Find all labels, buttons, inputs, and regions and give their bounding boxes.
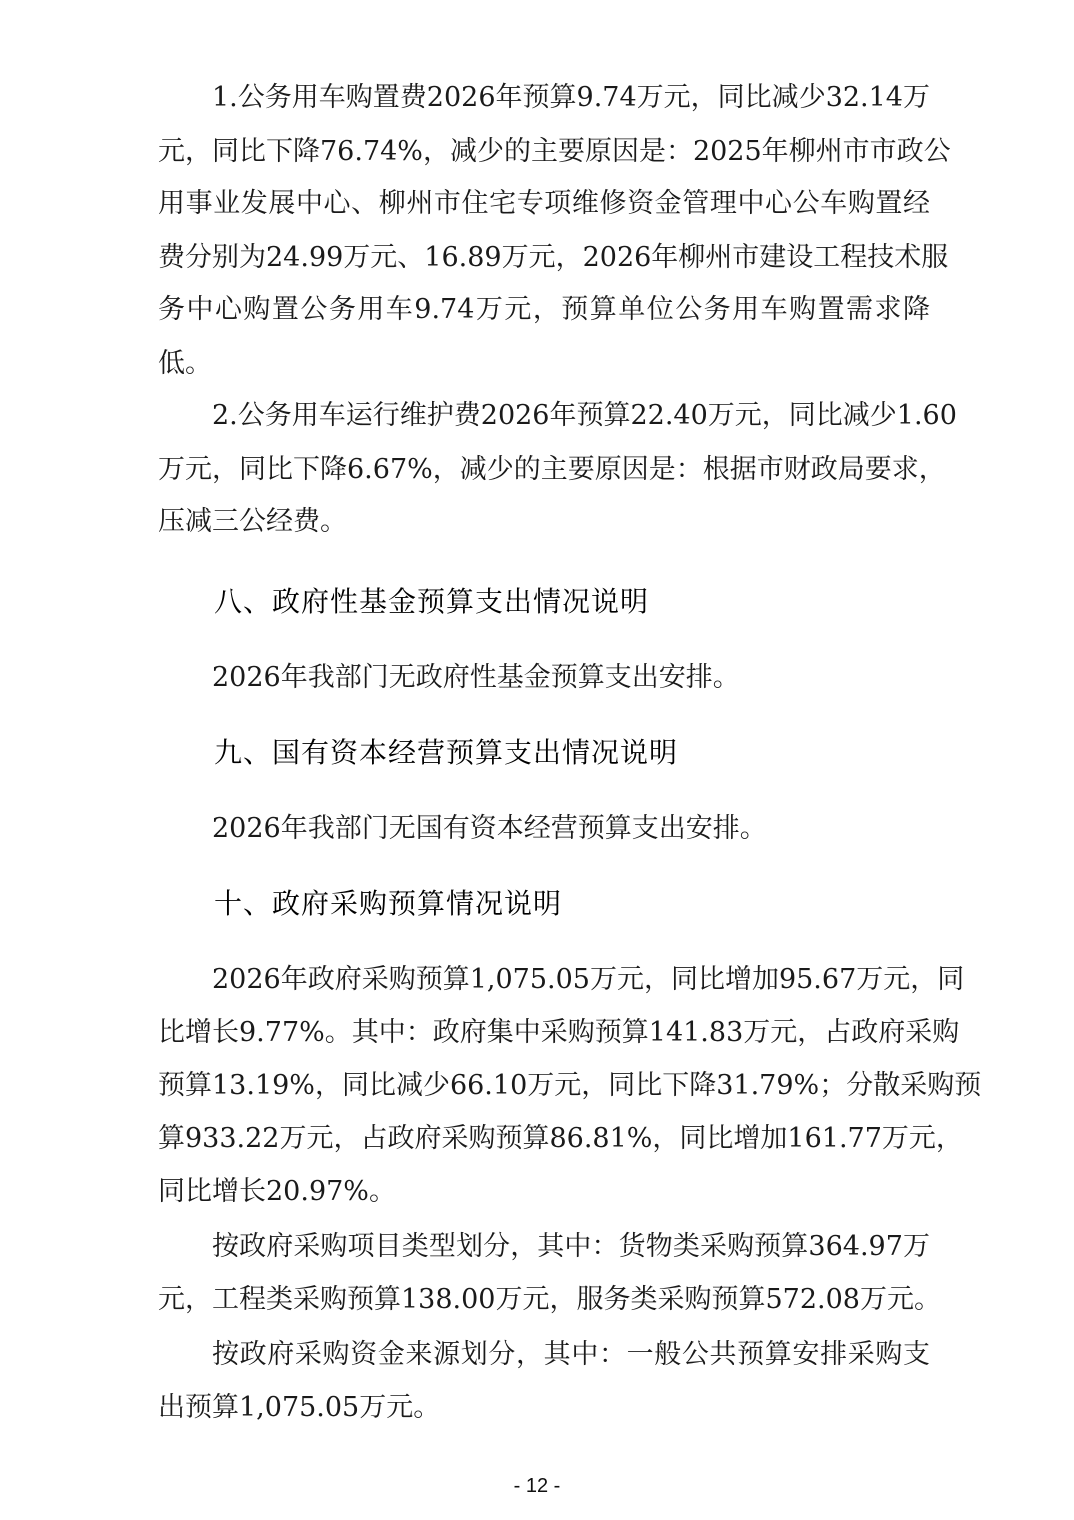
text-line: 费分别为24.99万元、16.89万元，2026年柳州市建设工程技术服	[158, 240, 930, 276]
text-line: 万元，同比下降6.67%，减少的主要原因是：根据市财政局要求，	[158, 452, 930, 488]
text-line: 低。	[158, 346, 930, 382]
text-line: 算933.22万元，占政府采购预算86.81%，同比增加161.77万元，	[158, 1121, 930, 1157]
text-line: 按政府采购资金来源划分，其中：一般公共预算安排采购支	[212, 1337, 930, 1373]
text-line: 务中心购置公务用车9.74万元，预算单位公务用车购置需求降	[158, 292, 930, 328]
text-line: 元，工程类采购预算138.00万元，服务类采购预算572.08万元。	[158, 1282, 930, 1318]
text-line: 压减三公经费。	[158, 504, 930, 540]
section-heading-procurement: 十、政府采购预算情况说明	[214, 886, 562, 922]
document-page: 1.公务用车购置费2026年预算9.74万元，同比减少32.14万 元，同比下降…	[0, 0, 1074, 1520]
text-line: 1.公务用车购置费2026年预算9.74万元，同比减少32.14万	[212, 80, 930, 116]
text-line: 元，同比下降76.74%，减少的主要原因是：2025年柳州市市政公	[158, 134, 930, 170]
text-line: 用事业发展中心、柳州市住宅专项维修资金管理中心公车购置经	[158, 186, 930, 222]
section-heading-state-capital: 九、国有资本经营预算支出情况说明	[214, 735, 678, 771]
text-line: 按政府采购项目类型划分，其中：货物类采购预算364.97万	[212, 1229, 930, 1265]
section-body-state-capital: 2026年我部门无国有资本经营预算支出安排。	[212, 811, 984, 847]
page-number: - 12 -	[0, 1475, 1074, 1498]
text-line: 2026年政府采购预算1,075.05万元，同比增加95.67万元，同	[212, 962, 930, 998]
section-heading-government-fund: 八、政府性基金预算支出情况说明	[214, 584, 649, 620]
section-body-government-fund: 2026年我部门无政府性基金预算支出安排。	[212, 660, 984, 696]
text-line: 出预算1,075.05万元。	[158, 1390, 930, 1426]
text-line: 2.公务用车运行维护费2026年预算22.40万元，同比减少1.60	[212, 398, 930, 434]
text-line: 比增长9.77%。其中：政府集中采购预算141.83万元，占政府采购	[158, 1015, 930, 1051]
text-line: 预算13.19%，同比减少66.10万元，同比下降31.79%；分散采购预	[158, 1068, 930, 1104]
text-line: 同比增长20.97%。	[158, 1174, 930, 1210]
